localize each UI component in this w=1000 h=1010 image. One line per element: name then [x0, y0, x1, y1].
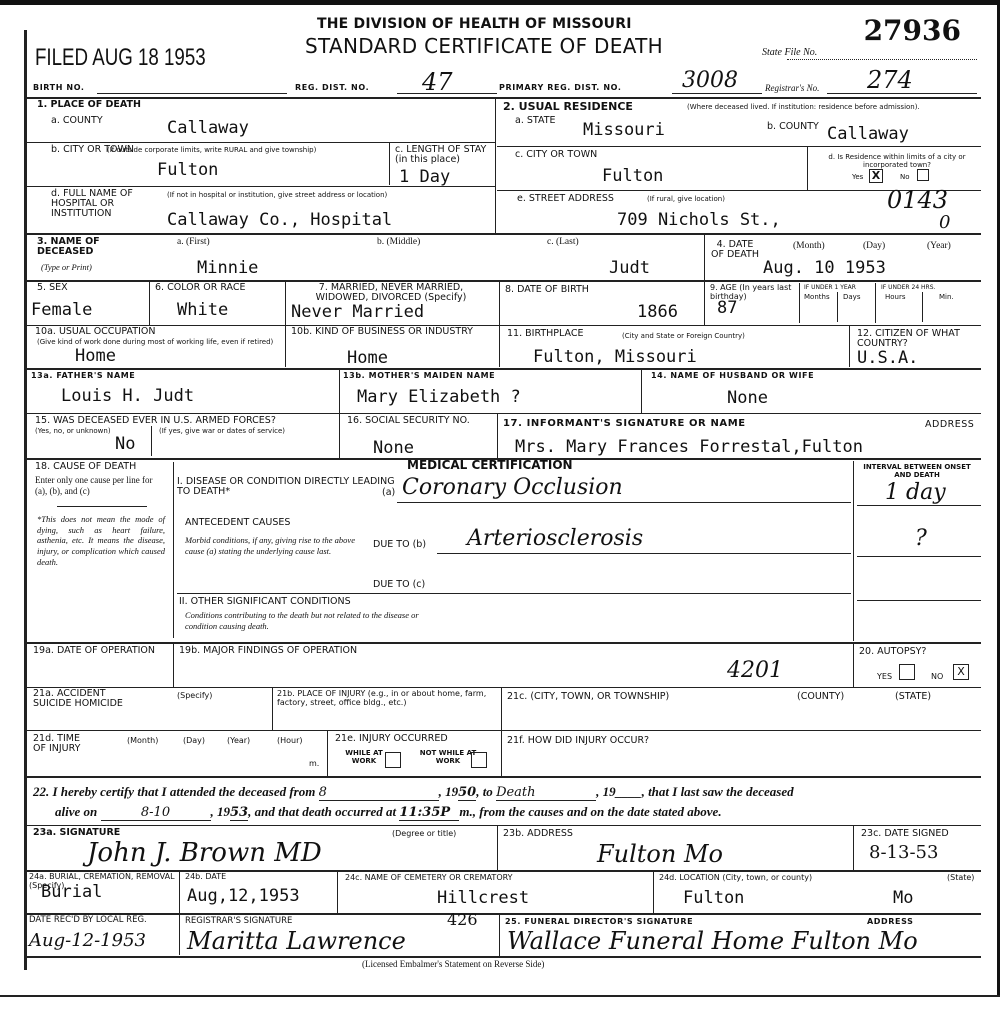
residence-city-label: c. CITY OR TOWN	[515, 150, 597, 160]
date-of-birth-value: 1866	[637, 302, 678, 322]
age-value: 87	[717, 298, 737, 318]
date-of-death-value: Aug. 10 1953	[763, 258, 886, 278]
under-24-hrs-label: IF UNDER 24 HRS.	[881, 285, 935, 292]
interval-b-value: ?	[915, 526, 927, 551]
date-of-death-label: 4. DATE OF DEATH	[710, 240, 760, 260]
within-limits-yes-label: Yes	[852, 174, 863, 182]
city-note: (If outside corporate limits, write RURA…	[107, 147, 316, 155]
hospital-label: d. FULL NAME OF HOSPITAL OR INSTITUTION	[51, 189, 159, 219]
injury-time-label: 21d. TIME OF INJURY	[33, 734, 93, 754]
last-name-label: c. (Last)	[547, 238, 579, 248]
armed-forces-label: 15. WAS DECEASED EVER IN U.S. ARMED FORC…	[35, 416, 276, 426]
spouse-value: None	[727, 388, 768, 408]
filed-stamp: FILED AUG 18 1953	[35, 44, 206, 72]
cause-of-death-label: 18. CAUSE OF DEATH	[35, 462, 136, 472]
month-label: (Month)	[793, 242, 825, 252]
signature-label: 23a. SIGNATURE	[33, 828, 120, 838]
autopsy-yes-label: YES	[877, 673, 892, 682]
informant-value: Mrs. Mary Frances Forrestal,Fulton	[515, 437, 863, 457]
physician-signature: John J. Brown MD	[87, 838, 322, 868]
while-at-work-checkbox[interactable]	[385, 752, 401, 768]
cert-line2-d: m., from the causes and on the date stat…	[459, 804, 721, 819]
marital-label: 7. MARRIED, NEVER MARRIED, WIDOWED, DIVO…	[291, 283, 491, 303]
date-signed-label: 23c. DATE SIGNED	[861, 829, 949, 839]
name-of-deceased-label: 3. NAME OF DECEASED	[37, 237, 137, 257]
how-injury-label: 21f. HOW DID INJURY OCCUR?	[507, 736, 649, 746]
registrar-signature: Maritta Lawrence	[187, 927, 406, 955]
within-limits-label: d. Is Residence within limits of a city …	[817, 154, 977, 169]
medical-certification-title: MEDICAL CERTIFICATION	[407, 459, 573, 472]
primary-reg-dist-label: PRIMARY REG. DIST. NO.	[499, 83, 621, 92]
reg-dist-value: 47	[422, 68, 453, 96]
days-label: Days	[843, 294, 860, 302]
degree-label: (Degree or title)	[392, 830, 456, 839]
death-county-value: Callaway	[167, 118, 249, 138]
autopsy-label: 20. AUTOPSY?	[859, 647, 926, 657]
death-city-value: Fulton	[157, 160, 218, 180]
autopsy-yes-checkbox[interactable]	[899, 664, 915, 680]
burial-state-value: Mo	[893, 888, 913, 908]
state-file-label: State File No.	[762, 47, 817, 58]
spouse-label: 14. NAME OF HUSBAND OR WIFE	[651, 371, 814, 380]
injury-m-label: m.	[309, 760, 319, 769]
embalmer-note: (Licensed Embalmer's Statement on Revers…	[362, 960, 544, 970]
year-label: (Year)	[927, 242, 951, 252]
accident-label: 21a. ACCIDENT SUICIDE HOMICIDE	[33, 689, 123, 709]
cause-a-label: (a)	[382, 488, 395, 498]
residence-code-annotation-2: 0	[939, 212, 950, 233]
residence-county-value: Callaway	[827, 124, 909, 144]
armed-forces-value: No	[115, 434, 135, 454]
burial-location-value: Fulton	[683, 888, 744, 908]
attended-from-year: 50	[458, 785, 476, 801]
father-label: 13a. FATHER'S NAME	[31, 371, 135, 380]
burial-state-label: (State)	[947, 874, 974, 883]
injury-month-label: (Month)	[127, 737, 158, 746]
within-limits-no-label: No	[900, 174, 910, 182]
within-limits-no-checkbox[interactable]	[917, 169, 929, 181]
injury-day-label: (Day)	[183, 737, 205, 746]
division-title: THE DIVISION OF HEALTH OF MISSOURI	[317, 16, 632, 32]
hours-label: Hours	[885, 294, 906, 302]
birthplace-label: 11. BIRTHPLACE	[507, 329, 584, 339]
interval-label: INTERVAL BETWEEN ONSET AND DEATH	[857, 464, 977, 479]
burial-location-label: 24d. LOCATION (City, town, or county)	[659, 874, 812, 883]
burial-date-value: Aug,12,1953	[187, 886, 300, 906]
stay-label: c. LENGTH OF STAY (in this place)	[395, 145, 495, 165]
marital-value: Never Married	[291, 302, 424, 322]
ssn-label: 16. SOCIAL SECURITY NO.	[347, 416, 493, 426]
ssn-value: None	[373, 438, 414, 458]
cause-instructions: Enter only one cause per line for (a), (…	[35, 475, 165, 498]
not-while-at-work-checkbox[interactable]	[471, 752, 487, 768]
mother-value: Mary Elizabeth ?	[357, 387, 521, 407]
cemetery-label: 24c. NAME OF CEMETERY OR CREMATORY	[345, 874, 513, 883]
hospital-note: (If not in hospital or institution, give…	[167, 192, 387, 200]
occupation-value: Home	[75, 346, 116, 366]
primary-reg-dist-value: 3008	[682, 68, 738, 93]
armed-forces-note: (Yes, no, or unknown)	[35, 428, 111, 436]
attended-to-value: Death	[496, 785, 596, 801]
antecedent-causes-label: ANTECEDENT CAUSES	[185, 518, 290, 528]
cert-line1-d: , 19____, that I last saw the deceased	[596, 784, 794, 799]
burial-method-value: Burial	[41, 882, 102, 902]
funeral-address-label: ADDRESS	[867, 917, 913, 926]
date-signed-value: 8-13-53	[869, 842, 938, 863]
street-value: 709 Nichols St.,	[617, 210, 781, 230]
street-label: e. STREET ADDRESS	[517, 194, 614, 204]
business-value: Home	[347, 348, 388, 368]
business-label: 10b. KIND OF BUSINESS OR INDUSTRY	[291, 327, 491, 337]
death-certificate: THE DIVISION OF HEALTH OF MISSOURI STAND…	[24, 30, 981, 970]
part-2-label: II. OTHER SIGNIFICANT CONDITIONS	[179, 597, 351, 607]
while-at-work-label: WHILE AT WORK	[339, 750, 389, 765]
registrar-no-value: 274	[867, 66, 913, 94]
birthplace-note: (City and State or Foreign Country)	[622, 333, 745, 341]
medical-code-annotation: 4201	[727, 658, 783, 683]
date-received-label: DATE REC'D BY LOCAL REG.	[29, 916, 177, 925]
cert-line1-b: , 19	[439, 784, 459, 799]
citizen-label: 12. CITIZEN OF WHAT COUNTRY?	[857, 329, 981, 349]
within-limits-yes-checkbox[interactable]: X	[869, 169, 883, 183]
armed-forces-dates-note: (If yes, give war or dates of service)	[159, 428, 285, 436]
interval-a-value: 1 day	[885, 480, 946, 505]
cause-note: *This does not mean the mode of dying, s…	[37, 514, 165, 567]
cert-line2-b: , 19	[211, 804, 231, 819]
residence-county-label: b. COUNTY	[767, 122, 819, 132]
part-2-note: Conditions contributing to the death but…	[185, 610, 435, 631]
attended-from-value: 8	[319, 785, 439, 801]
occupation-label: 10a. USUAL OCCUPATION	[35, 327, 155, 337]
birthplace-value: Fulton, Missouri	[533, 347, 697, 367]
residence-label: 2. USUAL RESIDENCE	[503, 101, 633, 113]
state-file-number: 27936	[864, 14, 961, 47]
accident-specify-label: (Specify)	[177, 692, 212, 701]
registrar-signature-label: REGISTRAR'S SIGNATURE	[185, 917, 292, 926]
cause-b-value: Arteriosclerosis	[467, 526, 643, 551]
residence-code-annotation: 0143	[887, 186, 948, 214]
race-value: White	[177, 300, 228, 320]
cemetery-value: Hillcrest	[437, 888, 529, 908]
birth-no-label: BIRTH NO.	[33, 83, 85, 92]
middle-name-label: b. (Middle)	[377, 238, 420, 248]
death-time-value: 11:35P	[399, 805, 459, 821]
occupation-note: (Give kind of work done during most of w…	[37, 339, 273, 347]
funeral-director-signature: Wallace Funeral Home Fulton Mo	[507, 927, 918, 955]
physician-address: Fulton Mo	[597, 840, 723, 868]
county-label: a. COUNTY	[51, 116, 103, 126]
date-received-value: Aug-12-1953	[29, 930, 146, 951]
funeral-director-label: 25. FUNERAL DIRECTOR'S SIGNATURE	[505, 917, 693, 926]
race-label: 6. COLOR OR RACE	[155, 283, 246, 293]
operation-date-label: 19a. DATE OF OPERATION	[33, 646, 163, 656]
cause-b-label: DUE TO (b)	[373, 540, 426, 550]
first-name-value: Minnie	[197, 258, 258, 278]
registrar-no-label: Registrar's No.	[765, 83, 819, 94]
date-of-birth-label: 8. DATE OF BIRTH	[505, 285, 589, 295]
injury-place-label: 21b. PLACE OF INJURY (e.g., in or about …	[277, 690, 497, 708]
residence-state-value: Missouri	[583, 120, 665, 140]
residence-city-value: Fulton	[602, 166, 663, 186]
type-or-print-note: (Type or Print)	[41, 262, 92, 273]
antecedent-note: Morbid conditions, if any, giving rise t…	[185, 535, 365, 556]
reg-dist-label: REG. DIST. NO.	[295, 83, 369, 92]
cert-line2-c: , and that death occurred at	[248, 804, 396, 819]
first-name-label: a. (First)	[177, 238, 210, 248]
alive-on-value: 8-10	[101, 805, 211, 821]
scan-top-border	[0, 0, 1000, 5]
injury-hour-label: (Hour)	[277, 737, 303, 746]
residence-note: (Where deceased lived. If institution: r…	[687, 104, 920, 112]
address-label: 23b. ADDRESS	[503, 829, 573, 839]
not-while-at-work-label: NOT WHILE AT WORK	[417, 750, 479, 765]
day-label: (Day)	[863, 242, 885, 252]
cert-line1-c: , to	[476, 784, 493, 799]
last-name-value: Judt	[609, 258, 650, 278]
injury-year-label: (Year)	[227, 737, 250, 746]
alive-year-value: 53	[230, 805, 248, 821]
cert-line2-a: alive on	[55, 804, 97, 819]
state-label: a. STATE	[515, 116, 556, 126]
father-value: Louis H. Judt	[61, 386, 194, 406]
street-note: (If rural, give location)	[647, 196, 725, 204]
mother-label: 13b. MOTHER'S MAIDEN NAME	[343, 371, 495, 380]
min-label: Min.	[939, 294, 954, 302]
sex-label: 5. SEX	[37, 283, 68, 293]
cause-a-value: Coronary Occlusion	[402, 475, 623, 500]
burial-date-label: 24b. DATE	[185, 873, 226, 882]
informant-label: 17. INFORMANT'S SIGNATURE OR NAME	[503, 418, 746, 429]
stay-value: 1 Day	[399, 167, 450, 187]
informant-address-label: ADDRESS	[925, 420, 974, 430]
hospital-value: Callaway Co., Hospital	[167, 210, 392, 230]
part-1-label: I. DISEASE OR CONDITION DIRECTLY LEADING…	[177, 477, 397, 497]
place-of-death-label: 1. PLACE OF DEATH	[37, 100, 141, 110]
cert-line1-a: 22. I hereby certify that I attended the…	[33, 784, 315, 799]
sex-value: Female	[31, 300, 92, 320]
registrar-code: 426	[447, 910, 478, 929]
citizen-value: U.S.A.	[857, 348, 918, 368]
injury-state-label: (STATE)	[895, 692, 931, 702]
page-bottom-edge	[0, 995, 1000, 997]
autopsy-no-checkbox[interactable]: X	[953, 664, 969, 680]
months-label: Months	[804, 294, 830, 302]
cause-c-label: DUE TO (c)	[373, 580, 425, 590]
operation-findings-label: 19b. MAJOR FINDINGS OF OPERATION	[179, 646, 357, 656]
injury-occurred-label: 21e. INJURY OCCURRED	[335, 734, 448, 744]
under-1-year-label: IF UNDER 1 YEAR	[804, 285, 856, 292]
autopsy-no-label: NO	[931, 673, 943, 682]
injury-county-label: (COUNTY)	[797, 692, 844, 702]
certificate-title: STANDARD CERTIFICATE OF DEATH	[305, 34, 663, 58]
injury-city-label: 21c. (CITY, TOWN, OR TOWNSHIP)	[507, 692, 669, 702]
